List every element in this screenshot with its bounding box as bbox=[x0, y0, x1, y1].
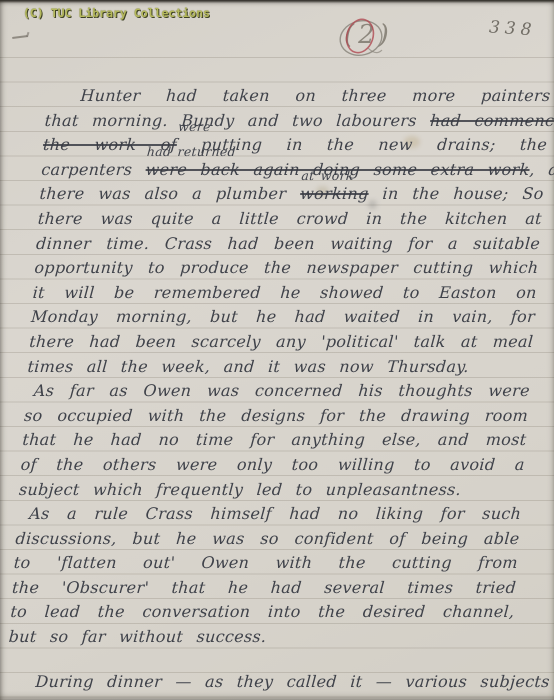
handwritten-text: , and bbox=[529, 160, 554, 179]
manuscript-line: there was quite a little crowd in the ki… bbox=[37, 207, 543, 232]
page-number: 338 bbox=[488, 17, 537, 40]
handwritten-text: that he had no time for anything else, a… bbox=[22, 430, 527, 449]
manuscript-line: Monday morning, but he had waited in vai… bbox=[30, 305, 536, 330]
handwritten-text: As a rule Crass himself had no liking fo… bbox=[29, 504, 522, 523]
handwritten-text: subject which frequently led to unpleasa… bbox=[18, 480, 461, 499]
manuscript-line: Hunter had taken on three more painters bbox=[46, 84, 552, 109]
handwritten-text: times all the week, and it was now Thurs… bbox=[27, 357, 470, 376]
manuscript-text: Hunter had taken on three more painterst… bbox=[5, 84, 552, 694]
manuscript-line: but so far without success. bbox=[8, 625, 514, 650]
manuscript-line: dinner time. Crass had been waiting for … bbox=[35, 232, 541, 257]
handwritten-text: it will be remembered he showed to Easto… bbox=[32, 283, 537, 302]
handwritten-text: Monday morning, but he had waited in vai… bbox=[30, 307, 535, 326]
handwritten-text: in the house; So bbox=[368, 184, 544, 203]
circled-number-annotation: (2) bbox=[330, 12, 396, 64]
handwritten-text: the 'Obscurer' that he had several times… bbox=[11, 578, 516, 597]
manuscript-line: of the others were only too willing to a… bbox=[20, 453, 526, 478]
handwritten-text: there was also a plumber bbox=[39, 184, 301, 203]
scan-top-edge bbox=[0, 0, 554, 3]
handwritten-text: opportunity to produce the newspaper cut… bbox=[34, 258, 539, 277]
pencil-circle-mark bbox=[337, 16, 386, 59]
manuscript-page: (C) TUC Library Collections 338 (2) Hunt… bbox=[0, 0, 554, 700]
red-circle-mark bbox=[342, 16, 377, 56]
pencil-dash-mark bbox=[12, 35, 28, 39]
manuscript-line: that he had no time for anything else, a… bbox=[22, 428, 528, 453]
manuscript-line: to 'flatten out' Owen with the cutting f… bbox=[13, 551, 519, 576]
handwritten-text: of the others were only too willing to a… bbox=[20, 455, 525, 474]
handwritten-text: but so far without success. bbox=[8, 627, 267, 646]
handwritten-text: discussions, but he was so confident of … bbox=[15, 529, 520, 548]
manuscript-line: opportunity to produce the newspaper cut… bbox=[34, 256, 540, 281]
annotation-circles bbox=[330, 12, 396, 64]
insertion-above-line: were bbox=[178, 121, 212, 133]
manuscript-line: there was also a plumber workingat work … bbox=[39, 182, 545, 207]
handwritten-text: As far as Owen was concerned his thought… bbox=[33, 381, 530, 400]
handwritten-text: During dinner — as they called it — vari… bbox=[35, 672, 551, 691]
insertion-above-line: at work bbox=[301, 170, 354, 182]
manuscript-line: As a rule Crass himself had no liking fo… bbox=[16, 502, 522, 527]
manuscript-line: to lead the conversation into the desire… bbox=[10, 600, 516, 625]
handwritten-text: there had been scarcely any 'political' … bbox=[29, 332, 534, 351]
manuscript-line: discussions, but he was so confident of … bbox=[15, 527, 521, 552]
manuscript-line: During dinner — as they called it — vari… bbox=[5, 670, 511, 695]
handwritten-text: dinner time. Crass had been waiting for … bbox=[36, 234, 541, 253]
manuscript-line: the work of putting in the new drains; t… bbox=[42, 133, 548, 158]
handwritten-text: carpenters bbox=[41, 160, 147, 179]
handwritten-text: there was quite a little crowd in the ki… bbox=[37, 209, 542, 228]
handwritten-text: Hunter had taken on three more painters bbox=[80, 86, 551, 105]
manuscript-line: there had been scarcely any 'political' … bbox=[28, 330, 534, 355]
handwritten-text: to lead the conversation into the desire… bbox=[10, 602, 515, 621]
library-watermark: (C) TUC Library Collections bbox=[23, 6, 210, 20]
handwritten-text: to 'flatten out' Owen with the cutting f… bbox=[13, 553, 518, 572]
manuscript-line: that morning. Bundy and two labourers ha… bbox=[44, 109, 550, 134]
handwritten-text: so occupied with the designs for the dra… bbox=[24, 406, 529, 425]
manuscript-line: the 'Obscurer' that he had several times… bbox=[11, 576, 517, 601]
manuscript-line: so occupied with the designs for the dra… bbox=[23, 404, 529, 429]
strikethrough-text: workingat work bbox=[300, 184, 370, 203]
manuscript-line: subject which frequently led to unpleasa… bbox=[18, 478, 524, 503]
manuscript-line: carpenters were back again doing some ex… bbox=[40, 158, 546, 183]
manuscript-line: times all the week, and it was now Thurs… bbox=[27, 355, 533, 380]
paragraph-gap bbox=[6, 650, 511, 670]
handwritten-text: that morning. Bundy and two labourers bbox=[44, 111, 431, 130]
strikethrough-text: had commenced bbox=[430, 111, 554, 130]
insertion-above-line: had returned bbox=[146, 146, 236, 158]
manuscript-line: As far as Owen was concerned his thought… bbox=[25, 379, 531, 404]
manuscript-line: it will be remembered he showed to Easto… bbox=[32, 281, 538, 306]
